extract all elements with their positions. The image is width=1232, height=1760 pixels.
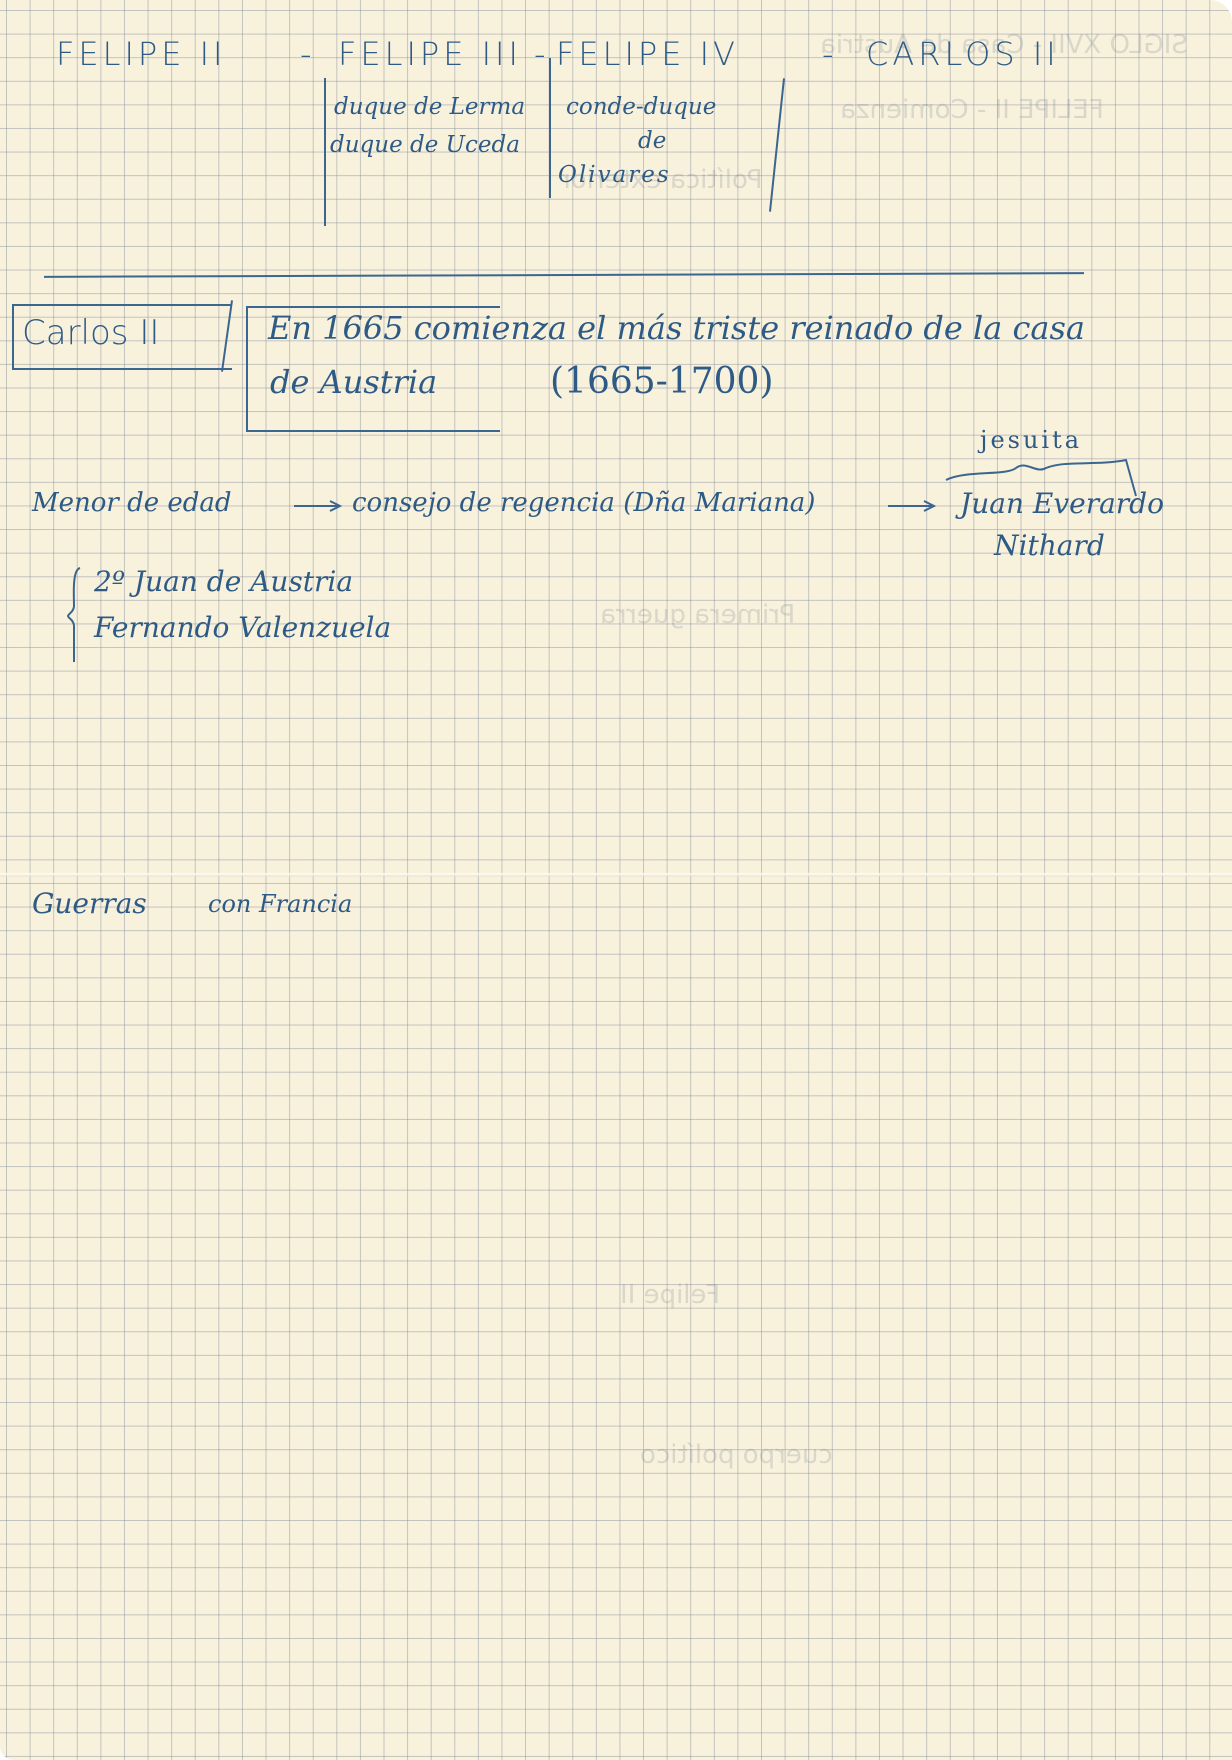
section-title: Carlos II <box>22 316 159 350</box>
separator-dash: - <box>534 38 550 70</box>
bleed-through-text: cuerpo político <box>640 1440 833 1470</box>
wars-with-francia: con Francia <box>208 892 352 916</box>
label-guerras: Guerras <box>32 890 147 918</box>
bleed-through-text: Primera guerra <box>600 600 795 630</box>
list-item-valenzuela: Fernando Valenzuela <box>94 614 391 642</box>
valido-olivares: Olivares <box>558 164 671 187</box>
valido-conde-duque: conde-duque <box>566 96 716 119</box>
valido-juan-everardo: Juan Everardo <box>960 490 1164 518</box>
page-fold <box>0 873 1232 877</box>
arrow-right-icon <box>294 500 344 512</box>
king-felipe-iv: FELIPE IV <box>556 38 739 70</box>
annotation-jesuita: jesuita <box>980 428 1082 452</box>
divider-line <box>769 78 785 211</box>
graph-paper-page: SIGLO XVII - Casa de Austria FELIPE II -… <box>0 0 1232 1760</box>
bleed-through-text: FELIPE II - Comienza <box>840 95 1104 125</box>
valido-uceda: duque de Uceda <box>330 134 520 157</box>
separator-dash: - <box>300 38 316 70</box>
arrow-right-icon <box>888 500 938 512</box>
intro-line-1: En 1665 comienza el más triste reinado d… <box>268 312 1085 344</box>
left-brace-icon <box>66 566 86 666</box>
council-regency: consejo de regencia (Dña Mariana) <box>352 490 815 516</box>
divider-line <box>549 58 551 198</box>
king-felipe-iii: FELIPE III <box>338 38 522 70</box>
valido-de: de <box>638 130 666 153</box>
divider-line <box>324 78 326 226</box>
list-item-juan-de-austria: 2º Juan de Austria <box>94 568 353 596</box>
intro-line-2: de Austria <box>270 366 437 398</box>
king-carlos-ii: CARLOS II <box>866 38 1060 70</box>
label-menor-de-edad: Menor de edad <box>32 490 232 516</box>
king-felipe-ii: FELIPE II <box>56 38 226 70</box>
bleed-through-text: Felipe II <box>620 1280 720 1310</box>
horizontal-rule <box>44 272 1084 278</box>
valido-nithard: Nithard <box>994 532 1105 560</box>
reign-dates: (1665-1700) <box>550 364 774 400</box>
separator-dash: - <box>822 38 838 70</box>
valido-lerma: duque de Lerma <box>334 96 525 119</box>
